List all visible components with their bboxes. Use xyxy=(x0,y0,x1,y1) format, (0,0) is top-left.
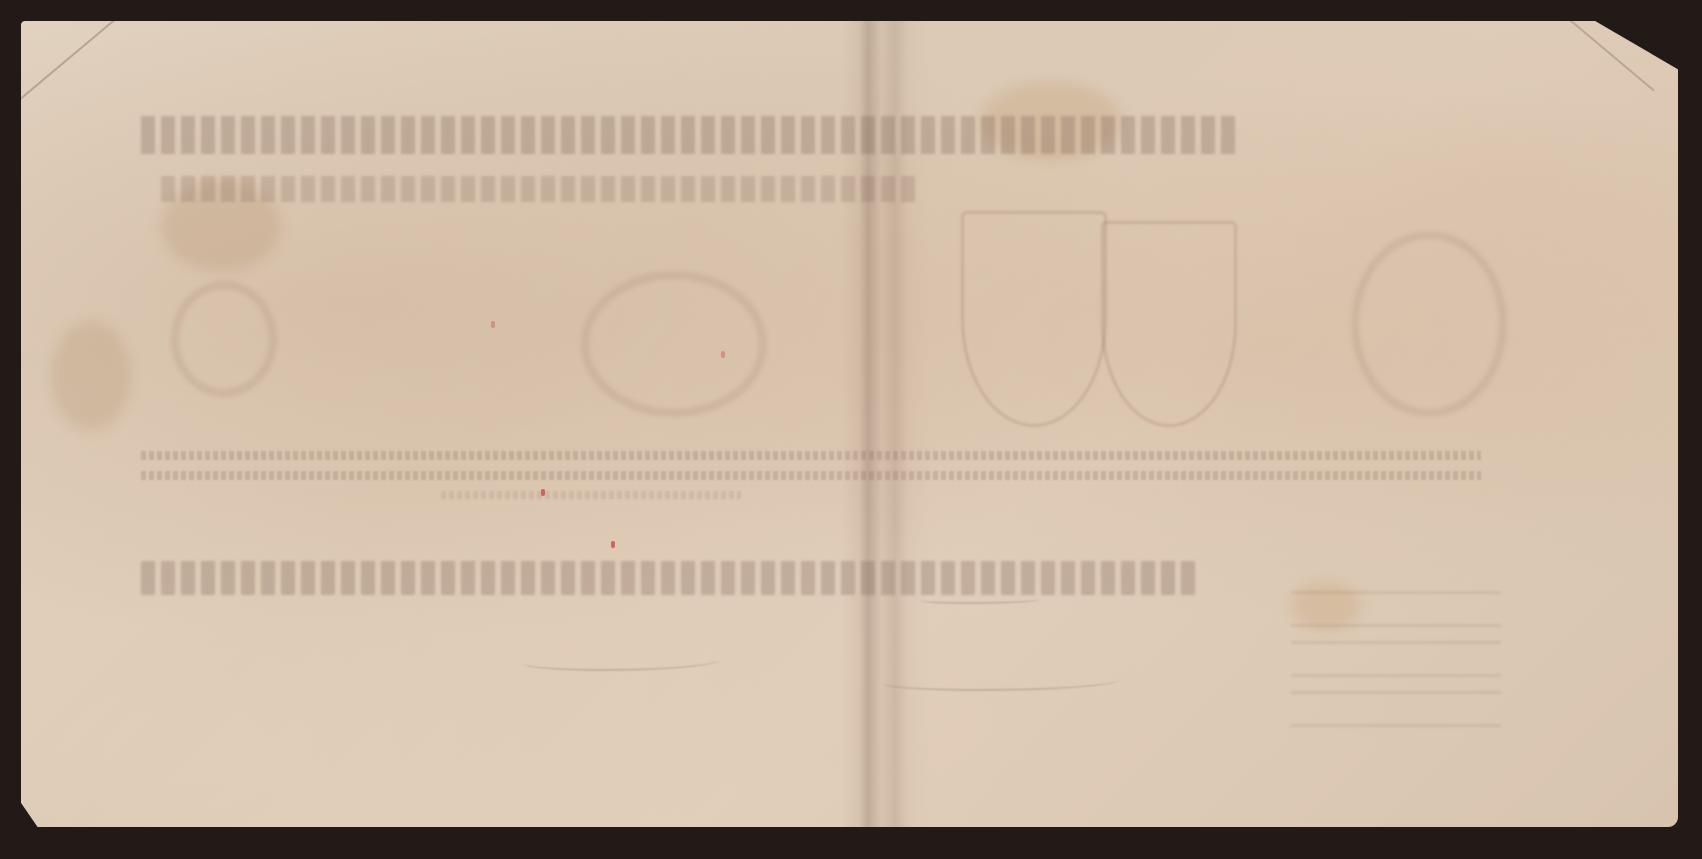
red-fibre-fleck xyxy=(721,351,725,358)
showthrough-shield xyxy=(961,211,1107,427)
showthrough-text-line xyxy=(441,491,741,499)
red-fibre-fleck xyxy=(611,541,615,548)
showthrough-frame xyxy=(1291,591,1501,627)
showthrough-shield xyxy=(1101,221,1237,427)
showthrough-frame xyxy=(1291,641,1501,677)
showthrough-numeral xyxy=(171,281,277,397)
showthrough-signature xyxy=(521,651,721,671)
showthrough-numeral xyxy=(1351,231,1507,417)
showthrough-text-line xyxy=(141,451,1481,460)
red-fibre-fleck xyxy=(541,489,545,496)
banknote-reverse xyxy=(21,21,1678,827)
showthrough-frame xyxy=(1291,691,1501,727)
showthrough-signature-underline xyxy=(921,596,1041,604)
stain xyxy=(51,321,131,431)
showthrough-title-line xyxy=(141,116,1241,154)
showthrough-lower-title xyxy=(141,561,1201,595)
red-fibre-fleck xyxy=(491,321,495,328)
showthrough-text-line xyxy=(141,471,1481,480)
vertical-fold xyxy=(841,21,931,827)
diagonal-corner-fold xyxy=(1561,21,1654,91)
showthrough-numeral xyxy=(581,271,767,417)
showthrough-subtitle-line xyxy=(161,176,921,202)
